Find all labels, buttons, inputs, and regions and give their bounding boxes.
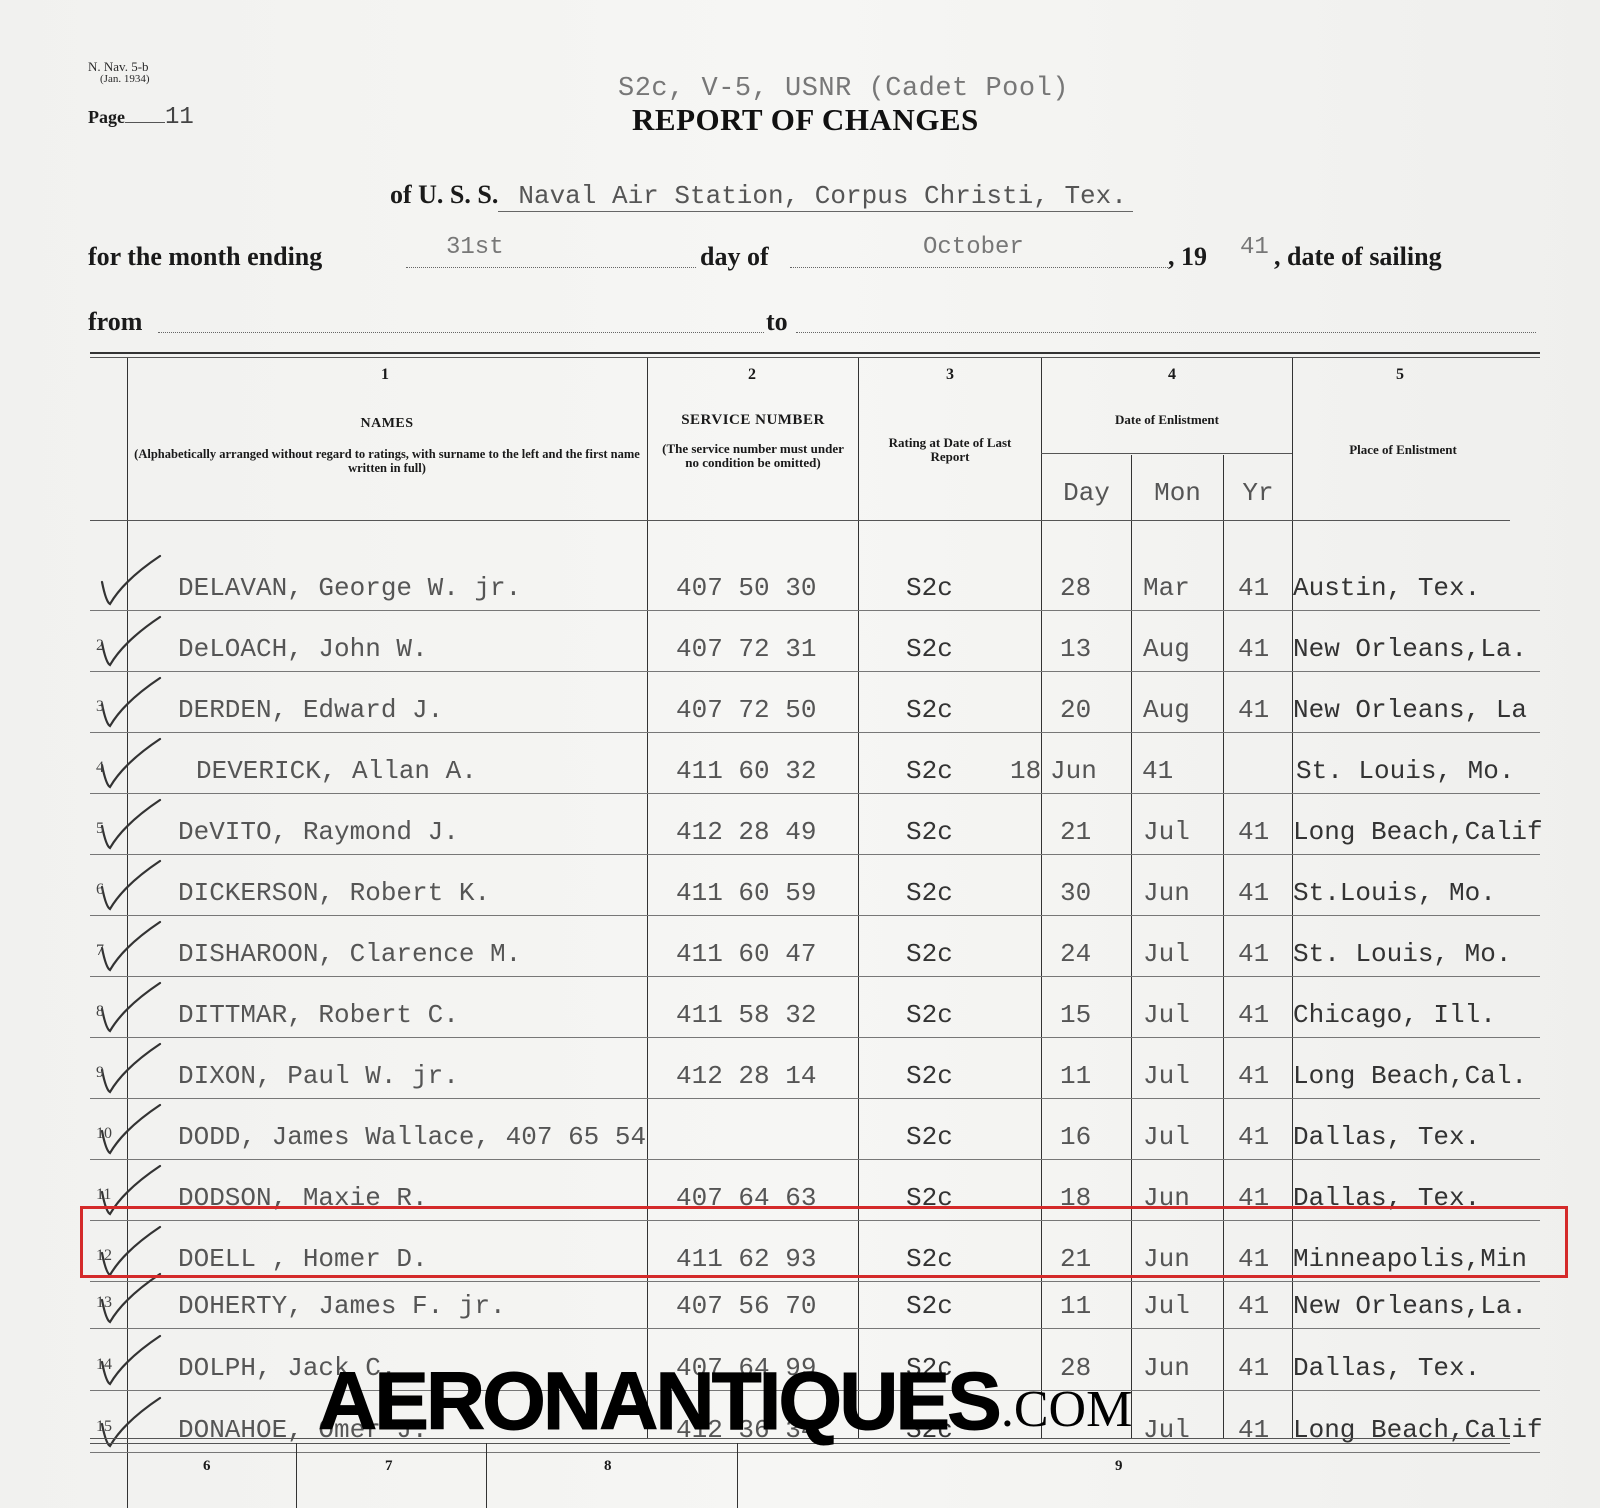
year-cell: 41 bbox=[1238, 878, 1269, 908]
page-label: Page bbox=[88, 107, 125, 127]
year-prefix-label: , 19 bbox=[1168, 242, 1207, 272]
year-value: 41 bbox=[1240, 234, 1269, 261]
rating-cell: S2c bbox=[906, 573, 953, 603]
name-cell: DOHERTY, James F. jr. bbox=[178, 1291, 506, 1321]
place-cell: Chicago, Ill. bbox=[1293, 1000, 1496, 1030]
month-subheader: Mon bbox=[1132, 478, 1223, 508]
table-row: 5DeVITO, Raymond J.412 28 49S2c21Jul41Lo… bbox=[90, 792, 1600, 853]
year-cell: 41 bbox=[1238, 1000, 1269, 1030]
place-cell: New Orleans,La. bbox=[1293, 1291, 1527, 1321]
table-row: 7DISHAROON, Clarence M.411 60 47S2c24Jul… bbox=[90, 914, 1600, 975]
highlighted-row-box bbox=[80, 1206, 1568, 1278]
rating-cell: S2c bbox=[906, 1122, 953, 1152]
year-cell: 41 bbox=[1238, 939, 1269, 969]
margin-number: 8 bbox=[96, 1003, 104, 1021]
table-row: 4DEVERICK, Allan A.411 60 32S2c18Jun41St… bbox=[90, 731, 1600, 792]
service-number-cell: 407 72 31 bbox=[676, 634, 816, 664]
month-cell: Jul bbox=[1143, 939, 1190, 969]
rating-cell: S2c bbox=[906, 817, 953, 847]
service-number-cell: 411 60 59 bbox=[676, 878, 816, 908]
margin-number: 4 bbox=[96, 759, 104, 777]
form-date-text: (Jan. 1934) bbox=[88, 73, 150, 86]
row-rule bbox=[90, 1452, 1540, 1453]
checkmark-icon bbox=[94, 1040, 164, 1096]
day-subheader: Day bbox=[1042, 478, 1131, 508]
name-cell: DELAVAN, George W. jr. bbox=[178, 573, 521, 603]
place-cell: St.Louis, Mo. bbox=[1293, 878, 1496, 908]
year-cell: 41 bbox=[1238, 1122, 1269, 1152]
day-of-label: day of bbox=[700, 242, 769, 272]
place-of-enlistment-header: Place of Enlistment bbox=[1293, 443, 1513, 457]
place-cell: Long Beach,Calif bbox=[1293, 817, 1543, 847]
column-number: 2 bbox=[737, 366, 767, 384]
year-cell: 41 bbox=[1238, 573, 1269, 603]
table-row: 8DITTMAR, Robert C.411 58 32S2c15Jul41Ch… bbox=[90, 975, 1600, 1036]
rating-cell: S2c bbox=[906, 939, 953, 969]
uss-label: of U. S. S. bbox=[390, 180, 498, 209]
day-cell: 20 bbox=[1060, 695, 1091, 725]
fill-line bbox=[158, 305, 764, 333]
month-cell: Aug bbox=[1143, 695, 1190, 725]
checkmark-icon bbox=[94, 857, 164, 913]
table-row: 10DODD, James Wallace, 407 65 54S2c16Jul… bbox=[90, 1097, 1600, 1158]
margin-number: 6 bbox=[96, 881, 104, 899]
service-number-column-header: SERVICE NUMBER bbox=[648, 412, 858, 429]
margin-number: 15 bbox=[96, 1418, 112, 1436]
margin-number: 3 bbox=[96, 698, 104, 716]
year-subheader: Yr bbox=[1224, 478, 1292, 508]
name-cell: DODD, James Wallace, 407 65 54 bbox=[178, 1122, 646, 1152]
year-cell: 41 bbox=[1238, 1061, 1269, 1091]
header-bottom-rule bbox=[90, 520, 1510, 521]
place-cell: St. Louis, Mo. bbox=[1293, 939, 1511, 969]
scanned-document: N. Nav. 5-b (Jan. 1934) Page11 S2c, V-5,… bbox=[0, 0, 1600, 1508]
rating-cell: S2c bbox=[906, 1291, 953, 1321]
name-cell: DICKERSON, Robert K. bbox=[178, 878, 490, 908]
column-number: 1 bbox=[370, 366, 400, 384]
name-cell: DITTMAR, Robert C. bbox=[178, 1000, 459, 1030]
checkmark-icon bbox=[94, 796, 164, 852]
place-cell: Dallas, Tex. bbox=[1293, 1122, 1480, 1152]
month-cell: Jun bbox=[1050, 756, 1097, 786]
place-cell: Austin, Tex. bbox=[1293, 573, 1480, 603]
checkmark-icon bbox=[94, 674, 164, 730]
column-number: 3 bbox=[935, 366, 965, 384]
checkmark-icon bbox=[94, 552, 164, 608]
page-number-value: 11 bbox=[165, 104, 194, 131]
day-cell: 11 bbox=[1060, 1291, 1091, 1321]
names-column-note: (Alphabetically arranged without regard … bbox=[130, 448, 644, 476]
from-label: from bbox=[88, 307, 142, 337]
date-of-enlistment-header: Date of Enlistment bbox=[1042, 413, 1292, 427]
rating-column-header: Rating at Date of Last Report bbox=[870, 436, 1030, 465]
service-number-cell: 411 60 47 bbox=[676, 939, 816, 969]
margin-number: 14 bbox=[96, 1356, 112, 1374]
month-cell: Jul bbox=[1143, 1122, 1190, 1152]
service-number-cell: 407 72 50 bbox=[676, 695, 816, 725]
fill-line bbox=[796, 305, 1536, 333]
service-number-cell: 407 50 30 bbox=[676, 573, 816, 603]
rating-cell: S2c bbox=[906, 878, 953, 908]
margin-number: 2 bbox=[96, 637, 104, 655]
service-number-column-note: (The service number must under no condit… bbox=[658, 442, 848, 471]
column-divider bbox=[737, 1443, 738, 1508]
place-cell: St. Louis, Mo. bbox=[1296, 756, 1514, 786]
margin-number: 9 bbox=[96, 1064, 104, 1082]
month-cell: Mar bbox=[1143, 573, 1190, 603]
table-row: 6DICKERSON, Robert K.411 60 59S2c30Jun41… bbox=[90, 853, 1600, 914]
rating-cell: S2c bbox=[906, 634, 953, 664]
day-cell: 13 bbox=[1060, 634, 1091, 664]
subheader-rule bbox=[1041, 453, 1292, 454]
day-cell: 15 bbox=[1060, 1000, 1091, 1030]
month-cell: Jun bbox=[1143, 878, 1190, 908]
day-cell: 18 bbox=[1010, 756, 1041, 786]
place-cell: Dallas, Tex. bbox=[1293, 1353, 1480, 1383]
checkmark-icon bbox=[94, 979, 164, 1035]
margin-number: 5 bbox=[96, 820, 104, 838]
column-number: 5 bbox=[1385, 366, 1415, 384]
year-cell: 41 bbox=[1142, 756, 1173, 786]
checkmark-icon bbox=[94, 735, 164, 791]
watermark-brand: AERONANTIQUES bbox=[318, 1362, 999, 1442]
rating-cell: S2c bbox=[906, 1000, 953, 1030]
year-cell: 41 bbox=[1238, 695, 1269, 725]
year-cell: 41 bbox=[1238, 1415, 1269, 1445]
footer-column-number: 7 bbox=[385, 1458, 393, 1475]
form-id-text: N. Nav. 5-b bbox=[88, 59, 149, 74]
margin-number: 13 bbox=[96, 1294, 112, 1312]
month-value: October bbox=[923, 234, 1024, 261]
rating-cell: S2c bbox=[906, 756, 953, 786]
place-cell: New Orleans,La. bbox=[1293, 634, 1527, 664]
service-number-cell: 411 58 32 bbox=[676, 1000, 816, 1030]
table-row: DELAVAN, George W. jr.407 50 30S2c28Mar4… bbox=[90, 548, 1600, 609]
month-cell: Jul bbox=[1143, 1291, 1190, 1321]
rating-cell: S2c bbox=[906, 1061, 953, 1091]
checkmark-icon bbox=[94, 918, 164, 974]
year-cell: 41 bbox=[1238, 634, 1269, 664]
page-number-field: Page11 bbox=[88, 104, 194, 131]
year-cell: 41 bbox=[1238, 1291, 1269, 1321]
margin-number: 10 bbox=[96, 1125, 112, 1143]
service-number-cell: 411 60 32 bbox=[676, 756, 816, 786]
footer-column-number: 6 bbox=[203, 1458, 211, 1475]
date-of-sailing-label: , date of sailing bbox=[1274, 242, 1442, 272]
margin-number: 11 bbox=[96, 1186, 111, 1204]
place-cell: New Orleans, La bbox=[1293, 695, 1527, 725]
month-cell: Jun bbox=[1143, 1353, 1190, 1383]
margin-number: 7 bbox=[96, 942, 104, 960]
name-cell: DIXON, Paul W. jr. bbox=[178, 1061, 459, 1091]
month-ending-label: for the month ending bbox=[88, 242, 322, 272]
name-cell: DeLOACH, John W. bbox=[178, 634, 428, 664]
day-cell: 30 bbox=[1060, 878, 1091, 908]
table-row: 2DeLOACH, John W.407 72 31S2c13Aug41New … bbox=[90, 609, 1600, 670]
name-cell: DEVERICK, Allan A. bbox=[196, 756, 477, 786]
form-identifier: N. Nav. 5-b (Jan. 1934) bbox=[88, 60, 150, 86]
day-cell: 28 bbox=[1060, 573, 1091, 603]
place-cell: Long Beach,Cal. bbox=[1293, 1061, 1527, 1091]
table-row: 3DERDEN, Edward J.407 72 50S2c20Aug41New… bbox=[90, 670, 1600, 731]
table-row: 9DIXON, Paul W. jr.412 28 14S2c11Jul41Lo… bbox=[90, 1036, 1600, 1097]
year-cell: 41 bbox=[1238, 817, 1269, 847]
uss-line: of U. S. S.Naval Air Station, Corpus Chr… bbox=[390, 180, 1133, 211]
day-cell: 11 bbox=[1060, 1061, 1091, 1091]
day-cell: 21 bbox=[1060, 817, 1091, 847]
column-divider bbox=[486, 1443, 487, 1508]
watermark-domain: .COM bbox=[1001, 1384, 1132, 1436]
table-top-rule bbox=[90, 357, 1540, 358]
service-number-cell: 412 28 14 bbox=[676, 1061, 816, 1091]
month-cell: Jul bbox=[1143, 1000, 1190, 1030]
name-cell: DeVITO, Raymond J. bbox=[178, 817, 459, 847]
page-title: REPORT OF CHANGES bbox=[632, 102, 979, 138]
month-cell: Aug bbox=[1143, 634, 1190, 664]
footer-column-number: 9 bbox=[1115, 1458, 1123, 1475]
month-ending-day-value: 31st bbox=[446, 234, 504, 261]
page-fill-line bbox=[125, 122, 165, 123]
footer-column-number: 8 bbox=[604, 1458, 612, 1475]
column-divider bbox=[296, 1443, 297, 1508]
column-number: 4 bbox=[1157, 366, 1187, 384]
to-label: to bbox=[766, 307, 788, 337]
month-cell: Jul bbox=[1143, 1415, 1190, 1445]
place-cell: Long Beach,Calif bbox=[1293, 1415, 1543, 1445]
month-cell: Jul bbox=[1143, 1061, 1190, 1091]
rating-cell: S2c bbox=[906, 695, 953, 725]
name-cell: DISHAROON, Clarence M. bbox=[178, 939, 521, 969]
checkmark-icon bbox=[94, 613, 164, 669]
service-number-cell: 412 28 49 bbox=[676, 817, 816, 847]
typed-subtitle: S2c, V-5, USNR (Cadet Pool) bbox=[618, 74, 1069, 104]
names-column-header: NAMES bbox=[128, 416, 646, 431]
watermark: AERONANTIQUES .COM bbox=[318, 1362, 1132, 1442]
service-number-cell: 407 56 70 bbox=[676, 1291, 816, 1321]
year-cell: 41 bbox=[1238, 1353, 1269, 1383]
day-cell: 16 bbox=[1060, 1122, 1091, 1152]
month-cell: Jul bbox=[1143, 817, 1190, 847]
day-cell: 24 bbox=[1060, 939, 1091, 969]
table-top-rule bbox=[90, 352, 1540, 354]
name-cell: DERDEN, Edward J. bbox=[178, 695, 443, 725]
uss-value: Naval Air Station, Corpus Christi, Tex. bbox=[498, 181, 1133, 212]
